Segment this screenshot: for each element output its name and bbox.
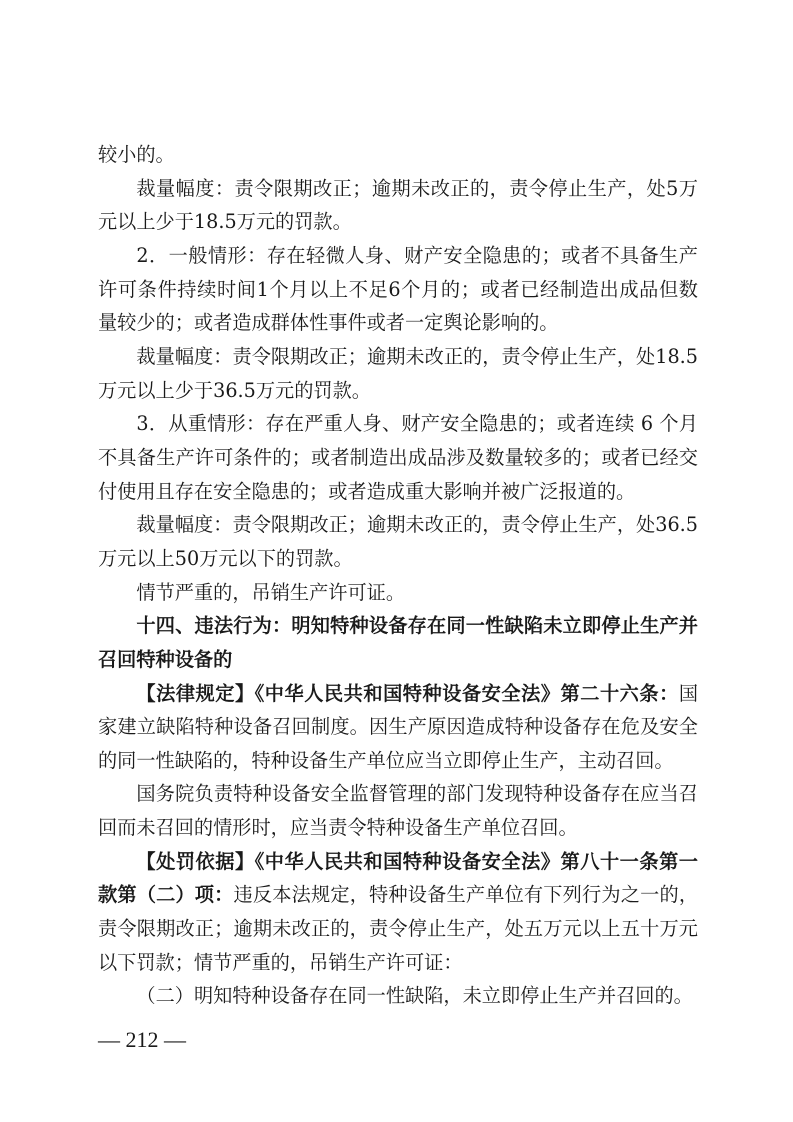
section-heading: 十四、违法行为：明知特种设备存在同一性缺陷未立即停止生产并召回特种设备的 xyxy=(98,609,698,676)
paragraph-penalty-item: （二）明知特种设备存在同一性缺陷，未立即停止生产并召回的。 xyxy=(98,979,698,1013)
paragraph-continuation: 较小的。 xyxy=(98,138,698,172)
paragraph-severe-case: 3．从重情形：存在严重人身、财产安全隐患的；或者连续 6 个月不具备生产许可条件… xyxy=(98,407,698,508)
paragraph-discretion-general: 裁量幅度：责令限期改正；逾期未改正的，责令停止生产，处18.5万元以上少于36.… xyxy=(98,340,698,407)
paragraph-revocation: 情节严重的，吊销生产许可证。 xyxy=(98,576,698,610)
paragraph-legal-provision-2: 国务院负责特种设备安全监督管理的部门发现特种设备存在应当召回而未召回的情形时，应… xyxy=(98,777,698,844)
page-number: — 212 — xyxy=(98,1027,186,1053)
paragraph-legal-provision: 【法律规定】《中华人民共和国特种设备安全法》第二十六条：国家建立缺陷特种设备召回… xyxy=(98,677,698,778)
document-page: 较小的。 裁量幅度：责令限期改正；逾期未改正的，责令停止生产，处5万元以上少于1… xyxy=(98,138,698,1013)
paragraph-discretion-light: 裁量幅度：责令限期改正；逾期未改正的，责令停止生产，处5万元以上少于18.5万元… xyxy=(98,172,698,239)
paragraph-discretion-severe: 裁量幅度：责令限期改正；逾期未改正的，责令停止生产，处36.5万元以上50万元以… xyxy=(98,508,698,575)
legal-provision-label: 【法律规定】《中华人民共和国特种设备安全法》第二十六条： xyxy=(136,682,678,705)
paragraph-general-case: 2．一般情形：存在轻微人身、财产安全隐患的；或者不具备生产许可条件持续时间1个月… xyxy=(98,239,698,340)
paragraph-penalty-basis: 【处罚依据】《中华人民共和国特种设备安全法》第八十一条第一款第（二）项：违反本法… xyxy=(98,845,698,980)
